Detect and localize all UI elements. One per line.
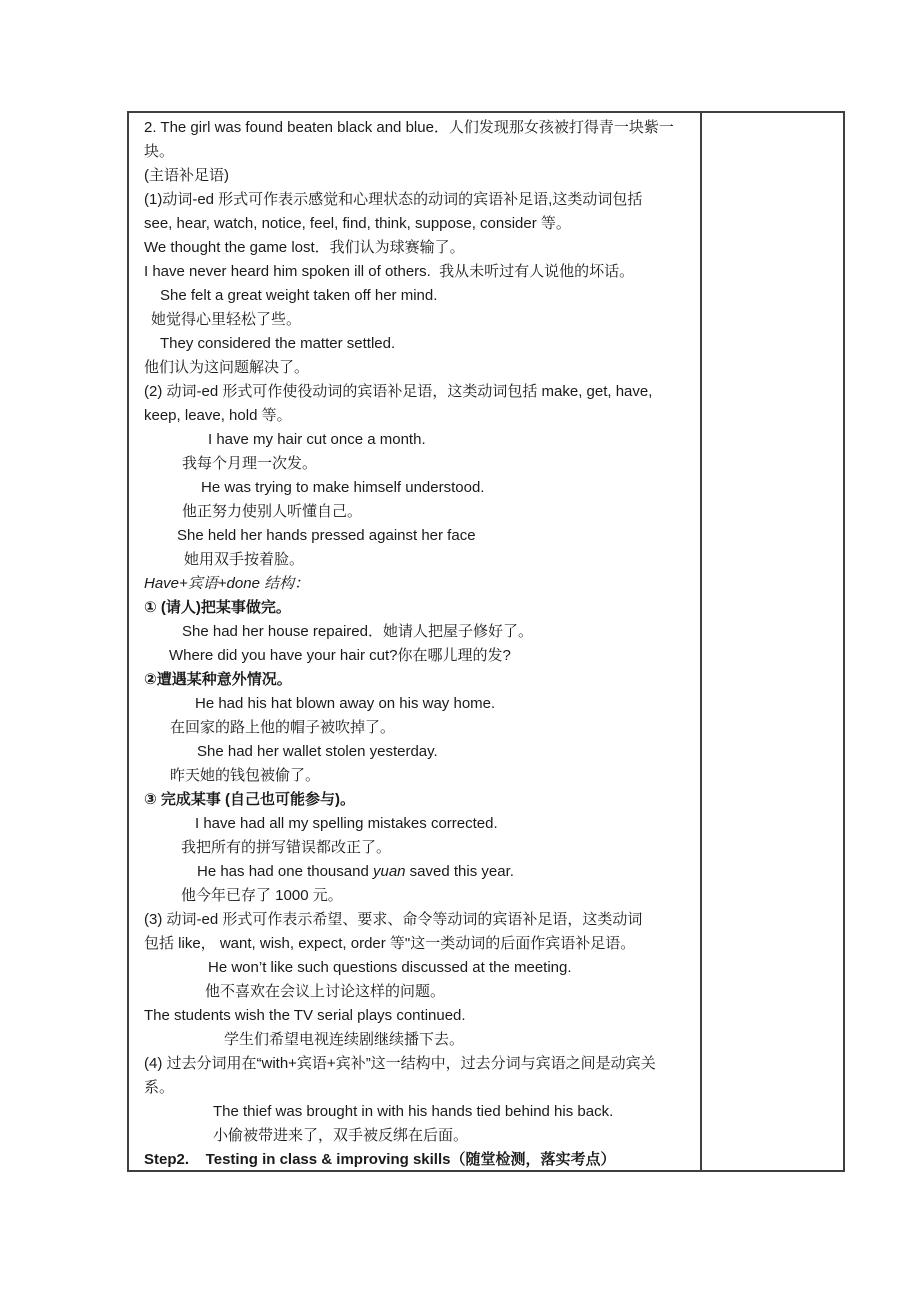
notes-cell <box>702 113 843 1170</box>
text-line: Step2. Testing in class & improving skil… <box>144 1148 694 1170</box>
text-line: We thought the game lost．我们认为球赛输了。 <box>144 236 694 260</box>
text-line: I have my hair cut once a month. <box>144 428 694 452</box>
text-line: see, hear, watch, notice, feel, find, th… <box>144 212 694 236</box>
worksheet-table: 2. The girl was found beaten black and b… <box>127 111 845 1172</box>
text-segment: He has had one thousand <box>197 863 373 880</box>
text-line: 昨天她的钱包被偷了。 <box>144 764 694 788</box>
text-line: 我把所有的拼写错误都改正了。 <box>144 836 694 860</box>
text-line: (1)动词-ed 形式可作表示感觉和心理状态的动词的宾语补足语,这类动词包括 <box>144 188 694 212</box>
text-line: She felt a great weight taken off her mi… <box>144 284 694 308</box>
text-line: 在回家的路上他的帽子被吹掉了。 <box>144 716 694 740</box>
text-line: He had his hat blown away on his way hom… <box>144 692 694 716</box>
text-line: They considered the matter settled. <box>144 332 694 356</box>
content-cell: 2. The girl was found beaten black and b… <box>129 113 702 1170</box>
text-line: 块。 <box>144 140 694 164</box>
text-line: 她觉得心里轻松了些。 <box>144 308 694 332</box>
text-line: 包括 like， want, wish, expect, order 等"这一类… <box>144 932 694 956</box>
text-segment: yuan <box>373 863 406 880</box>
text-line: 学生们希望电视连续剧继续播下去。 <box>144 1028 694 1052</box>
text-line: Have+宾语+done 结构： <box>144 572 694 596</box>
text-line: He won’t like such questions discussed a… <box>144 956 694 980</box>
text-line: 他正努力使别人听懂自己。 <box>144 500 694 524</box>
text-line: The thief was brought in with his hands … <box>144 1100 694 1124</box>
text-line: 系。 <box>144 1076 694 1100</box>
text-line: 他不喜欢在会议上讨论这样的问题。 <box>144 980 694 1004</box>
text-line: The students wish the TV serial plays co… <box>144 1004 694 1028</box>
text-line: I have had all my spelling mistakes corr… <box>144 812 694 836</box>
text-line: 小偷被带进来了，双手被反绑在后面。 <box>144 1124 694 1148</box>
text-line: (4) 过去分词用在“with+宾语+宾补”这一结构中，过去分词与宾语之间是动宾… <box>144 1052 694 1076</box>
text-line: keep, leave, hold 等。 <box>144 404 694 428</box>
text-line: 2. The girl was found beaten black and b… <box>144 116 694 140</box>
text-line: ① (请人)把某事做完。 <box>144 596 694 620</box>
text-line: Where did you have your hair cut?你在哪儿理的发… <box>144 644 694 668</box>
text-segment: saved this year. <box>406 863 514 880</box>
text-line: I have never heard him spoken ill of oth… <box>144 260 694 284</box>
text-line: ③ 完成某事 (自己也可能参与)。 <box>144 788 694 812</box>
text-line: 我每个月理一次发。 <box>144 452 694 476</box>
text-line: 她用双手按着脸。 <box>144 548 694 572</box>
text-line: He has had one thousand yuan saved this … <box>144 860 694 884</box>
text-line: (2) 动词-ed 形式可作使役动词的宾语补足语，这类动词包括 make, ge… <box>144 380 694 404</box>
text-line: (3) 动词-ed 形式可作表示希望、要求、命令等动词的宾语补足语，这类动词 <box>144 908 694 932</box>
text-line: She held her hands pressed against her f… <box>144 524 694 548</box>
text-line: (主语补足语) <box>144 164 694 188</box>
text-line: 他们认为这问题解决了。 <box>144 356 694 380</box>
text-line: She had her house repaired．她请人把屋子修好了。 <box>144 620 694 644</box>
text-line: ②遭遇某种意外情况。 <box>144 668 694 692</box>
text-line: He was trying to make himself understood… <box>144 476 694 500</box>
text-line: She had her wallet stolen yesterday. <box>144 740 694 764</box>
text-line: 他今年已存了 1000 元。 <box>144 884 694 908</box>
